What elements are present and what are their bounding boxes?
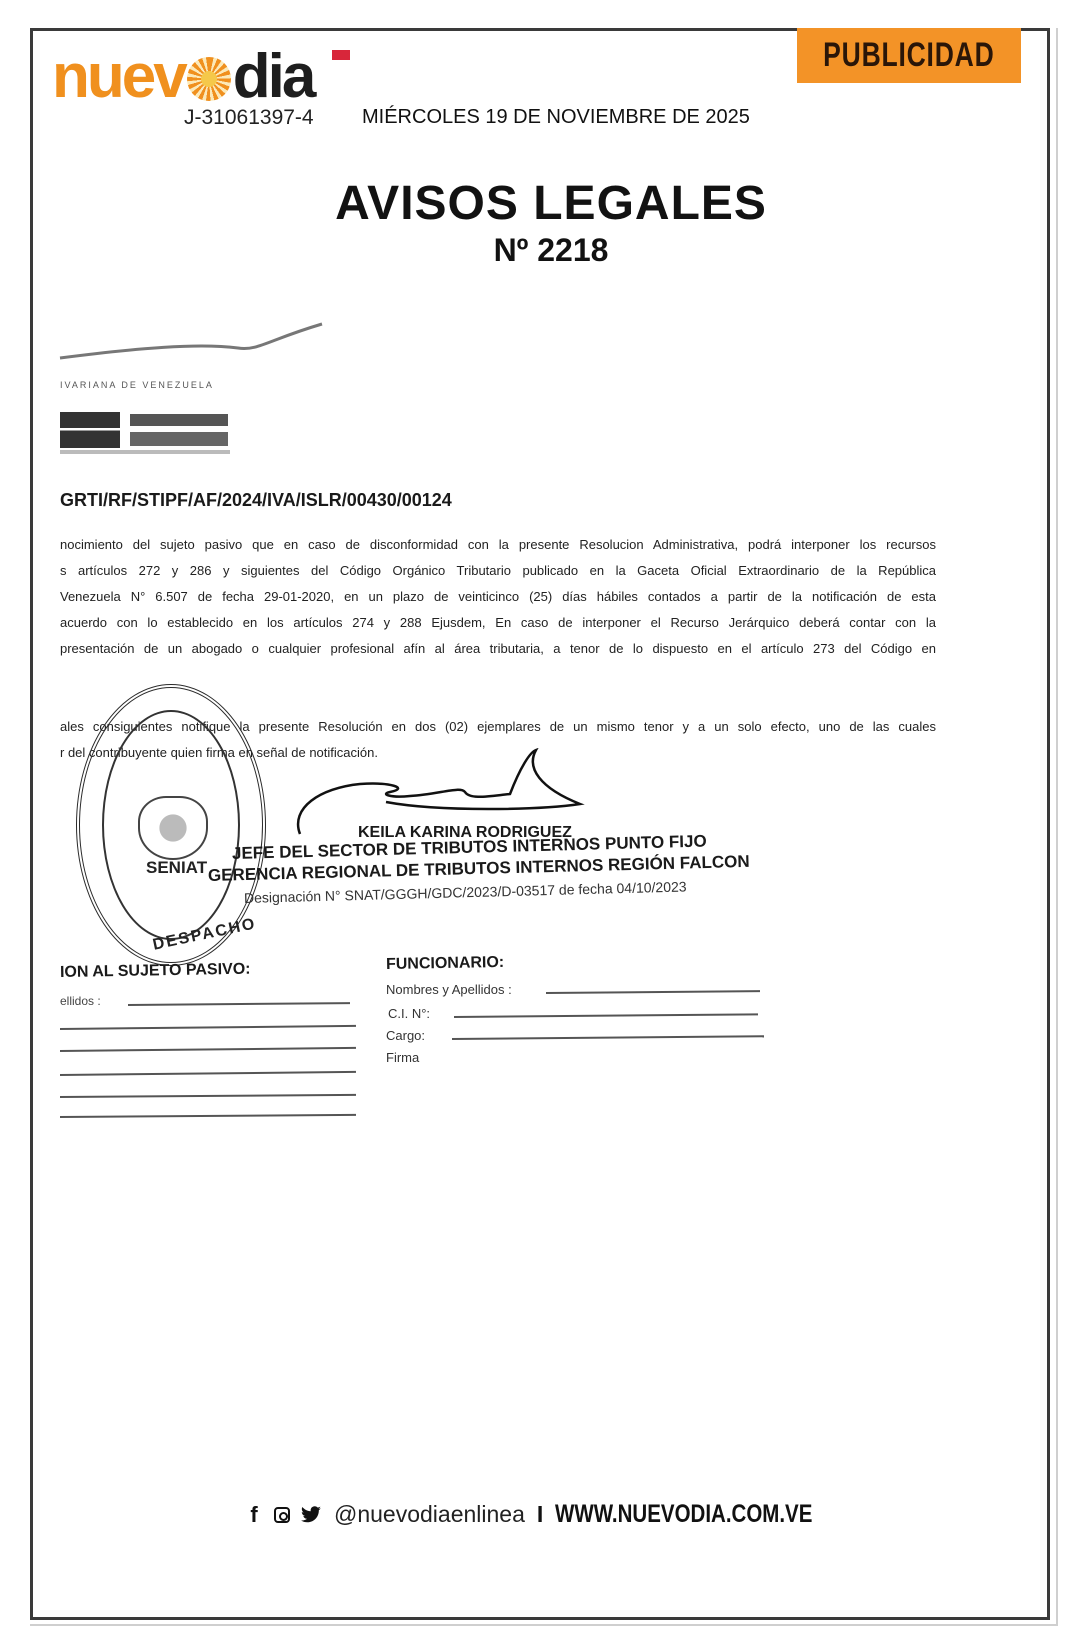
coat-of-arms-icon [138,796,208,860]
official-name-label: Nombres y Apellidos : [386,982,512,997]
footer-separator: I [537,1501,543,1528]
notification-name-label: ellidos : [60,994,101,1008]
paragraph-line: Venezuela N° 6.507 de fecha 29-01-2020, … [60,584,936,610]
official-firma-label: Firma [386,1050,419,1065]
paragraph-line: s artículos 272 y 286 y siguientes del C… [60,558,936,584]
seniat-logo [60,410,230,454]
publicidad-badge: PUBLICIDAD [797,28,1021,83]
logo-text-part1: nuev [52,42,185,111]
paragraph-line: presentación de un abogado o cualquier p… [60,636,936,662]
sun-icon [187,57,231,101]
nuevodia-logo: nuevdia [52,46,313,108]
official-ci-label: C.I. N°: [388,1006,430,1021]
notification-title: ION AL SUJETO PASIVO: [60,961,251,982]
official-cargo-label: Cargo: [386,1028,425,1043]
official-stamp: SENIAT DESPACHO [76,684,266,966]
instagram-icon[interactable] [274,1507,290,1523]
notice-number: Nº 2218 [0,232,1082,269]
page-title: AVISOS LEGALES [0,176,1082,231]
twitter-icon[interactable] [300,1506,322,1524]
publication-date: MIÉRCOLES 19 DE NOVIEMBRE DE 2025 [362,106,750,129]
government-band: IVARIANA DE VENEZUELA [60,380,214,390]
rif-number: J-31061397-4 [184,106,314,130]
logo-text-part2: dia [233,42,314,111]
paragraph-line: nocimiento del sujeto pasivo que en caso… [60,532,936,558]
badge-label: PUBLICIDAD [823,36,994,75]
logo-accent [332,50,350,60]
paragraph-appeal-rights: nocimiento del sujeto pasivo que en caso… [60,532,936,662]
facebook-icon[interactable]: f [244,1502,264,1528]
footer: f @nuevodiaenlinea I WWW.NUEVODIA.COM.VE [244,1500,869,1529]
paragraph-line: acuerdo con lo establecido en los artícu… [60,610,936,636]
stamp-seniat: SENIAT [146,858,207,878]
official-title: FUNCIONARIO: [386,954,505,974]
page-edge-bottom [30,1624,1058,1626]
letterhead-swoosh [58,318,328,368]
website-link[interactable]: WWW.NUEVODIA.COM.VE [555,1500,812,1529]
resolution-reference: GRTI/RF/STIPF/AF/2024/IVA/ISLR/00430/001… [60,490,452,511]
social-handle[interactable]: @nuevodiaenlinea [334,1501,525,1528]
